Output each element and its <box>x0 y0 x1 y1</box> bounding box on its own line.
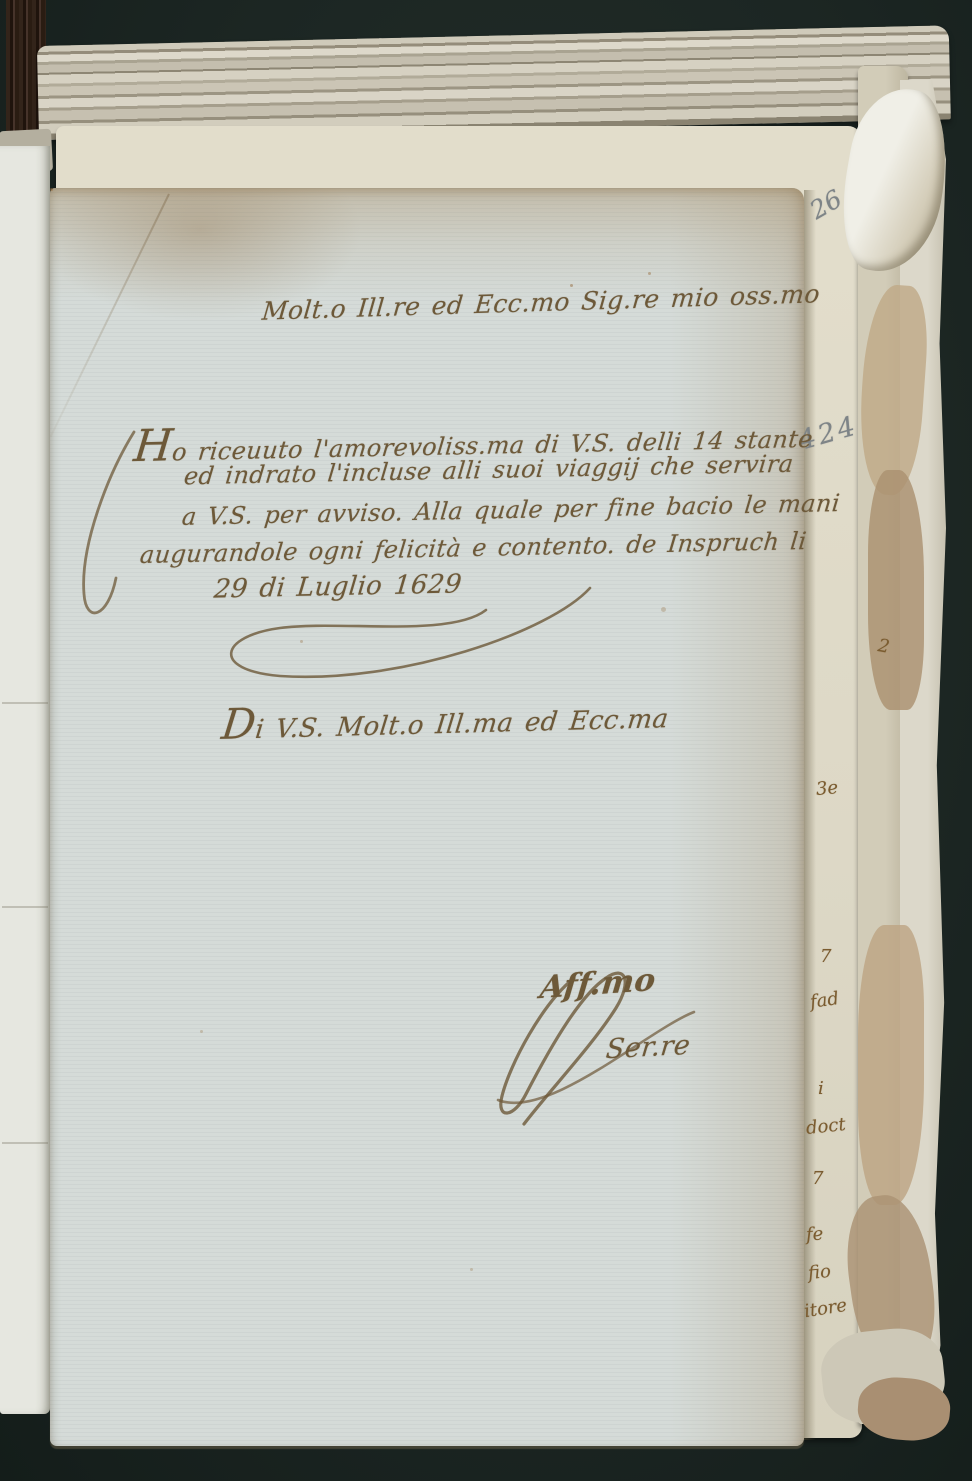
letter-closing: Di V.S. Molt.o Ill.ma ed Ecc.ma <box>219 688 672 749</box>
paper-crease <box>50 194 170 438</box>
edge-ink-fragment: fad <box>809 988 841 1013</box>
letter-body-line: a V.S. per avviso. Alla quale per fine b… <box>181 489 842 531</box>
letter-salutation: Molt.o Ill.re ed Ecc.mo Sig.re mio oss.m… <box>261 279 821 326</box>
edge-ink-fragment: 7 <box>812 1168 823 1189</box>
ink-flourish-date <box>150 580 620 700</box>
left-facing-page-edge <box>0 146 50 1414</box>
page-stack-top-edge <box>37 25 951 140</box>
left-page-crease <box>2 1142 48 1144</box>
letter-body-line: augurandole ogni felicità e contento. de… <box>139 527 808 569</box>
left-page-crease <box>2 906 48 908</box>
left-page-crease <box>2 702 48 704</box>
right-outer-page-edge <box>900 80 946 1398</box>
laid-paper-texture <box>50 188 804 1446</box>
edge-ink-fragment: 3e <box>815 777 839 800</box>
top-stain <box>50 188 804 1446</box>
right-edge-stain <box>50 188 804 1446</box>
edge-ink-fragment: doct <box>805 1114 847 1139</box>
signature-title: Ser.re <box>604 1030 691 1066</box>
manuscript-photo: 26 2 3e 7 fad i doct 7 fe fio itore 424 … <box>0 0 972 1481</box>
edge-ink-fragment: fe <box>805 1223 824 1245</box>
edge-ink-fragment: 7 <box>820 946 831 967</box>
letter-page: 424 Molt.o Ill.re ed Ecc.mo Sig.re mio o… <box>50 188 804 1446</box>
aged-paper-patch <box>868 470 924 710</box>
foxing-spots <box>50 188 53 191</box>
edge-ink-fragment: i <box>818 1078 824 1099</box>
signature-block: Aff.mo Ser.re <box>478 960 778 1150</box>
edge-ink-fragment: fio <box>807 1261 832 1284</box>
top-left-stain <box>50 188 804 1446</box>
ink-flourish-initial <box>68 426 158 636</box>
page-edge-shadow <box>804 190 816 1440</box>
aged-paper-patch <box>858 925 924 1205</box>
